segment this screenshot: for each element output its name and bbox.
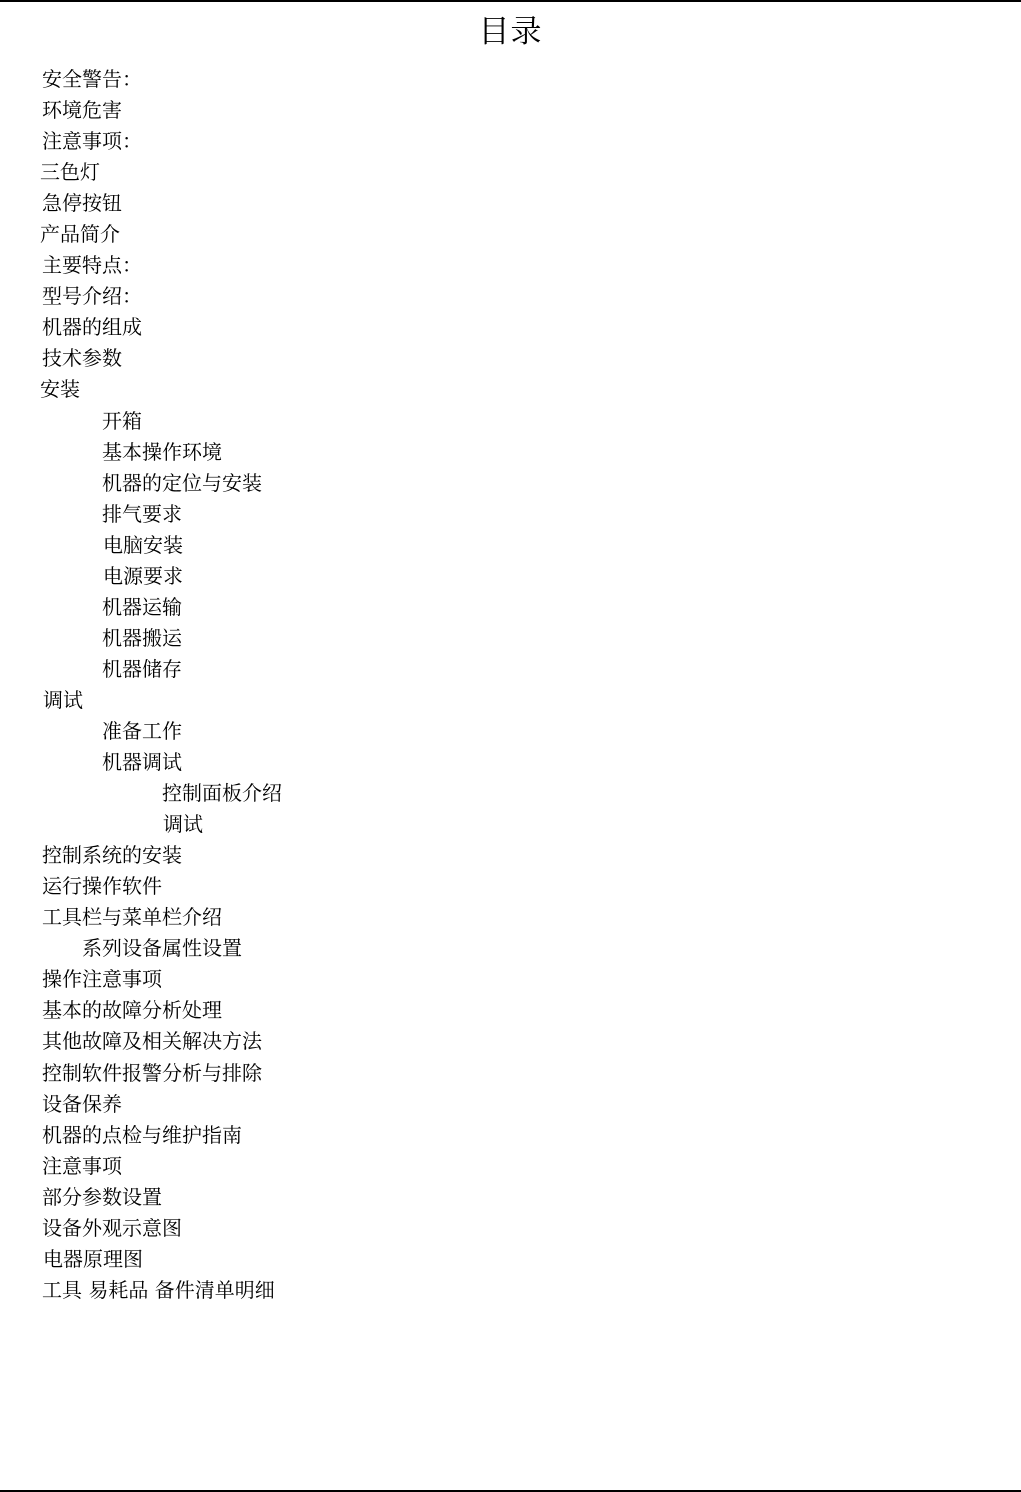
toc-entry-label: 调试 [163,810,203,838]
toc-entry-label: 注意事项： [42,127,142,155]
toc-entry-label: 机器搬运 [102,624,182,652]
toc-entry[interactable]: 调试 [0,686,282,717]
toc-entry-label: 机器的组成 [42,313,142,341]
toc-entry-label: 电器原理图 [43,1245,143,1273]
toc-entry-label: 急停按钮 [42,189,122,217]
toc-entry-label: 电脑安装 [103,531,183,559]
toc-entry-label: 设备保养 [42,1090,122,1118]
toc-entry[interactable]: 其他故障及相关解决方法 [0,1027,282,1058]
toc-entry[interactable]: 设备外观示意图 [0,1214,282,1245]
toc-entry[interactable]: 工具栏与菜单栏介绍 [0,903,282,934]
toc-entry[interactable]: 电源要求 [0,562,282,593]
toc-entry[interactable]: 操作注意事项 [0,965,282,996]
toc-entry[interactable]: 控制系统的安装 [0,841,282,872]
page-title: 目录 [0,13,1021,51]
toc-entry-label: 控制面板介绍 [162,779,282,807]
toc-entry[interactable]: 机器运输 [0,593,282,624]
toc-entry[interactable]: 安装 [0,375,282,406]
toc-entry-label: 工具栏与菜单栏介绍 [42,903,222,931]
toc-entry-label: 排气要求 [102,500,182,528]
toc-entry-label: 设备外观示意图 [42,1214,182,1242]
table-of-contents: 安全警告：环境危害注意事项：三色灯急停按钮产品简介主要特点：型号介绍：机器的组成… [0,65,282,1307]
toc-entry-label: 工具 易耗品 备件清单明细 [42,1276,275,1304]
toc-entry-label: 控制系统的安装 [42,841,182,869]
toc-entry-label: 控制软件报警分析与排除 [42,1059,262,1087]
toc-entry-label: 基本的故障分析处理 [42,996,222,1024]
toc-entry[interactable]: 电脑安装 [0,531,282,562]
toc-entry[interactable]: 机器的组成 [0,313,282,344]
toc-entry-label: 机器的定位与安装 [102,469,262,497]
toc-entry-label: 机器调试 [102,748,182,776]
toc-entry[interactable]: 机器储存 [0,655,282,686]
toc-entry-label: 部分参数设置 [42,1183,162,1211]
toc-entry-label: 操作注意事项 [42,965,162,993]
toc-entry[interactable]: 机器的点检与维护指南 [0,1121,282,1152]
toc-entry[interactable]: 准备工作 [0,717,282,748]
toc-entry-label: 其他故障及相关解决方法 [42,1027,262,1055]
toc-entry-label: 基本操作环境 [102,438,222,466]
toc-entry-label: 安装 [40,375,80,403]
toc-entry-label: 型号介绍： [42,282,142,310]
toc-entry[interactable]: 三色灯 [0,158,282,189]
toc-entry[interactable]: 机器调试 [0,748,282,779]
toc-entry[interactable]: 开箱 [0,407,282,438]
toc-entry[interactable]: 设备保养 [0,1090,282,1121]
toc-entry-label: 安全警告： [42,65,142,93]
toc-entry-label: 运行操作软件 [42,872,162,900]
toc-entry[interactable]: 产品简介 [0,220,282,251]
toc-entry[interactable]: 控制面板介绍 [0,779,282,810]
toc-entry-label: 环境危害 [42,96,122,124]
toc-entry[interactable]: 运行操作软件 [0,872,282,903]
toc-entry[interactable]: 型号介绍： [0,282,282,313]
header-rule [0,0,1021,2]
toc-entry[interactable]: 技术参数 [0,344,282,375]
toc-entry[interactable]: 注意事项： [0,127,282,158]
toc-entry[interactable]: 调试 [0,810,282,841]
toc-entry-label: 主要特点： [42,251,142,279]
toc-entry-label: 注意事项 [42,1152,122,1180]
toc-entry-label: 开箱 [102,407,142,435]
toc-entry-label: 机器储存 [102,655,182,683]
toc-entry-label: 准备工作 [102,717,182,745]
toc-entry[interactable]: 工具 易耗品 备件清单明细 [0,1276,282,1307]
toc-entry[interactable]: 注意事项 [0,1152,282,1183]
toc-entry[interactable]: 基本操作环境 [0,438,282,469]
toc-entry[interactable]: 系列设备属性设置 [0,934,282,965]
toc-entry[interactable]: 急停按钮 [0,189,282,220]
toc-entry-label: 三色灯 [40,158,100,186]
toc-entry[interactable]: 机器搬运 [0,624,282,655]
toc-entry-label: 调试 [43,686,83,714]
toc-entry[interactable]: 排气要求 [0,500,282,531]
toc-entry[interactable]: 基本的故障分析处理 [0,996,282,1027]
toc-entry[interactable]: 部分参数设置 [0,1183,282,1214]
toc-entry[interactable]: 电器原理图 [0,1245,282,1276]
toc-entry-label: 系列设备属性设置 [82,934,242,962]
toc-entry[interactable]: 安全警告： [0,65,282,96]
toc-entry[interactable]: 主要特点： [0,251,282,282]
toc-entry-label: 产品简介 [40,220,120,248]
toc-entry-label: 机器的点检与维护指南 [42,1121,242,1149]
toc-entry[interactable]: 机器的定位与安装 [0,469,282,500]
toc-entry[interactable]: 控制软件报警分析与排除 [0,1059,282,1090]
toc-entry[interactable]: 环境危害 [0,96,282,127]
toc-entry-label: 机器运输 [102,593,182,621]
toc-entry-label: 电源要求 [103,562,183,590]
toc-entry-label: 技术参数 [42,344,122,372]
